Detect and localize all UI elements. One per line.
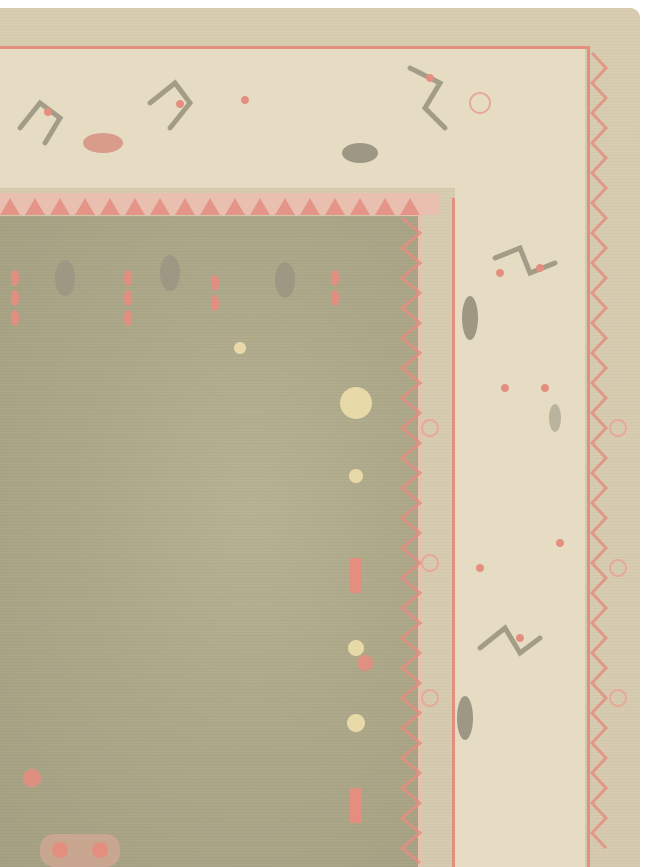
coral-dot-motifs-icon [44, 74, 564, 642]
octagon-motifs-icon [422, 93, 626, 706]
rug [0, 8, 640, 867]
medallion-motifs-icon [83, 133, 561, 740]
zigzag-right-icon [402, 53, 606, 863]
rug-motifs [0, 8, 640, 867]
field-chain-motifs-icon [11, 255, 373, 867]
zigzag-top-icon [0, 198, 420, 215]
hook-motifs-icon [20, 68, 555, 653]
